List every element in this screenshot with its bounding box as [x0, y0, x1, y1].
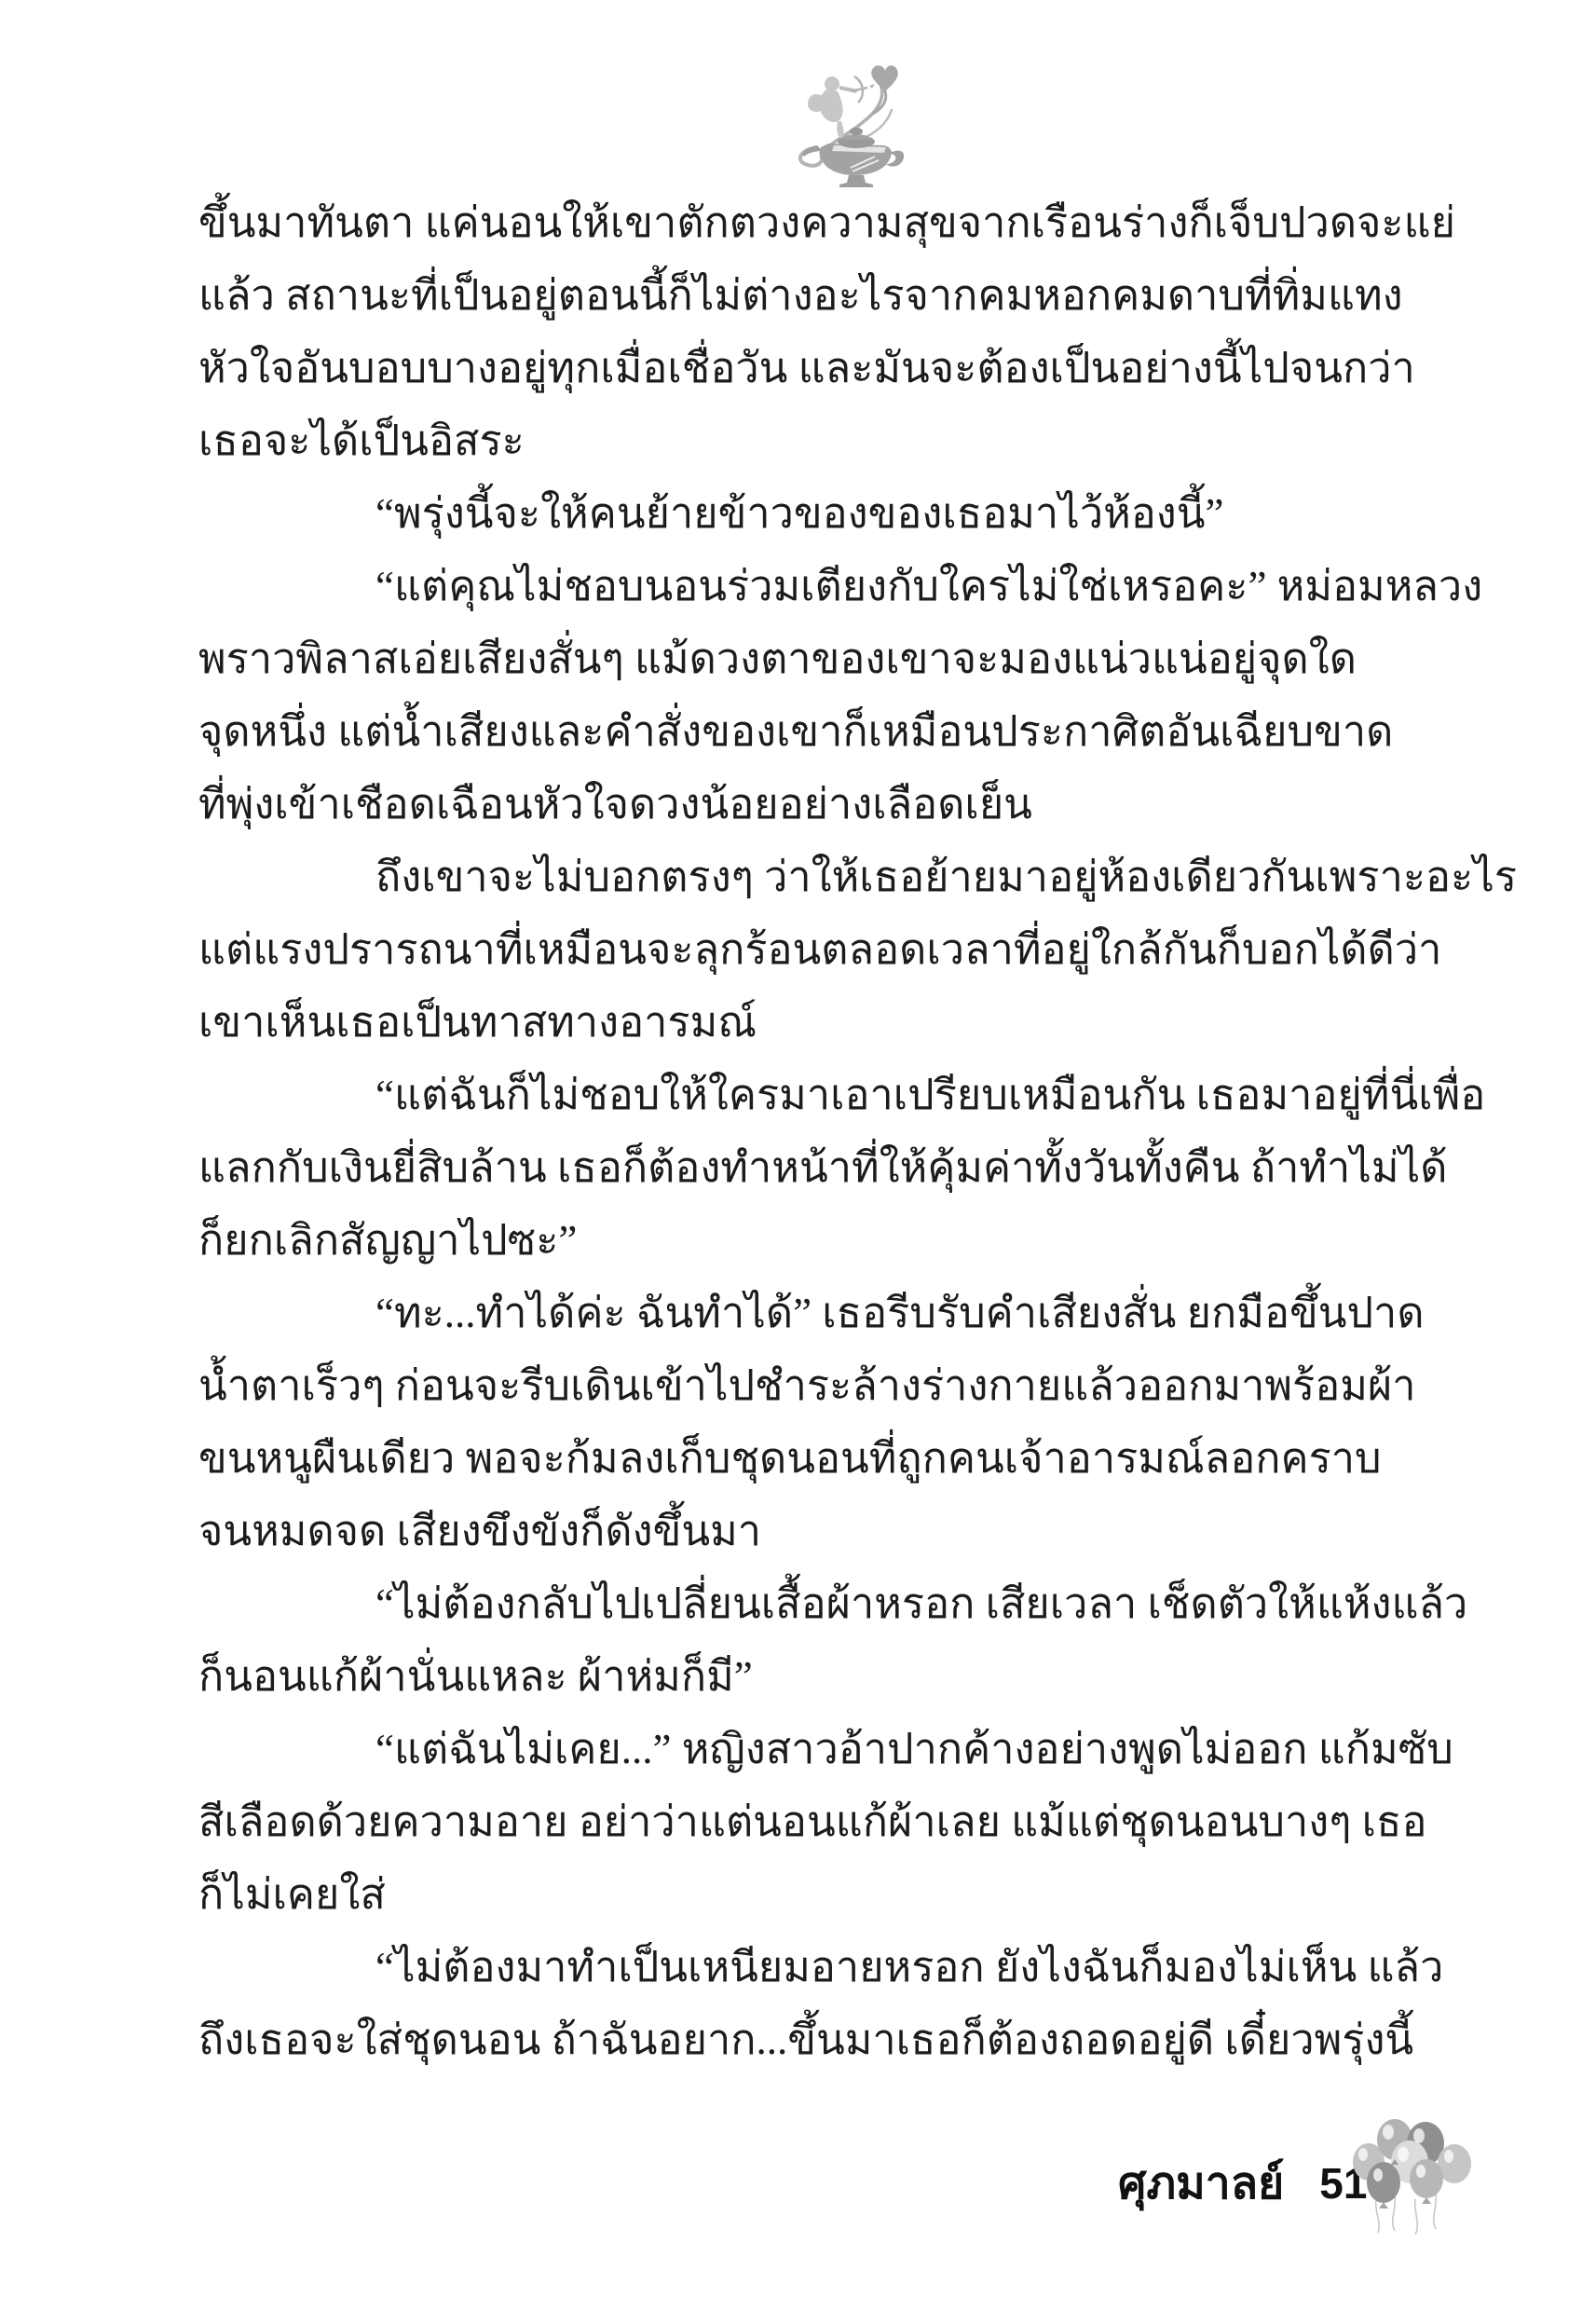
text-line: แต่แรงปรารถนาที่เหมือนจะลุกร้อนตลอดเวลาท…	[198, 913, 1430, 986]
text-line: สีเลือดด้วยความอาย อย่าว่าแต่นอนแก้ผ้าเล…	[198, 1785, 1430, 1858]
text-line: ถึงเขาจะไม่บอกตรงๆ ว่าให้เธอย้ายมาอยู่ห้…	[198, 841, 1430, 913]
book-title: ศุภมาลย์	[1118, 2148, 1284, 2219]
text-line: ถึงเธอจะใส่ชุดนอน ถ้าฉันอยาก...ขึ้นมาเธอ…	[198, 2003, 1430, 2076]
text-line: น้ำตาเร็วๆ ก่อนจะรีบเดินเข้าไปชำระล้างร่…	[198, 1349, 1430, 1422]
text-line: ที่พุ่งเข้าเชือดเฉือนหัวใจดวงน้อยอย่างเล…	[198, 768, 1430, 841]
text-line: “แต่ฉันไม่เคย...” หญิงสาวอ้าปากค้างอย่าง…	[198, 1713, 1430, 1785]
genie-lamp-ornament	[797, 48, 908, 190]
heart-shape	[871, 65, 898, 91]
text-line: ก็ไม่เคยใส่	[198, 1858, 1430, 1931]
text-line: แล้ว สถานะที่เป็นอยู่ตอนนี้ก็ไม่ต่างอะไร…	[198, 259, 1430, 332]
text-line: “แต่ฉันก็ไม่ชอบให้ใครมาเอาเปรียบเหมือนกั…	[198, 1059, 1430, 1131]
balloons-ornament	[1337, 2104, 1475, 2244]
text-line: หัวใจอันบอบบางอยู่ทุกเมื่อเชื่อวัน และมั…	[198, 332, 1430, 404]
text-line: จุดหนึ่ง แต่น้ำเสียงและคำสั่งของเขาก็เหม…	[198, 695, 1430, 768]
text-line: ก็ยกเลิกสัญญาไปซะ”	[198, 1204, 1430, 1277]
text-line: เขาเห็นเธอเป็นทาสทางอารมณ์	[198, 986, 1430, 1059]
text-line: “แต่คุณไม่ชอบนอนร่วมเตียงกับใครไม่ใช่เหร…	[198, 550, 1430, 622]
text-line: แลกกับเงินยี่สิบล้าน เธอก็ต้องทำหน้าที่ใ…	[198, 1131, 1430, 1204]
text-line: พราวพิลาสเอ่ยเสียงสั่นๆ แม้ดวงตาของเขาจะ…	[198, 622, 1430, 695]
text-line: “ทะ...ทำได้ค่ะ ฉันทำได้” เธอรีบรับคำเสีย…	[198, 1277, 1430, 1349]
page-footer: ศุภมาลย์ 51	[1118, 2155, 1367, 2211]
text-line: ขนหนูผืนเดียว พอจะก้มลงเก็บชุดนอนที่ถูกค…	[198, 1422, 1430, 1495]
text-line: ก็นอนแก้ผ้านั่นแหละ ผ้าห่มก็มี”	[198, 1640, 1430, 1713]
text-line: “ไม่ต้องกลับไปเปลี่ยนเสื้อผ้าหรอก เสียเว…	[198, 1567, 1430, 1640]
text-line: “พรุ่งนี้จะให้คนย้ายข้าวของของเธอมาไว้ห้…	[198, 477, 1430, 550]
body-text: ขึ้นมาทันตา แค่นอนให้เขาตักตวงความสุขจาก…	[198, 186, 1430, 2076]
text-line: “ไม่ต้องมาทำเป็นเหนียมอายหรอก ยังไงฉันก็…	[198, 1931, 1430, 2003]
text-line: ขึ้นมาทันตา แค่นอนให้เขาตักตวงความสุขจาก…	[198, 186, 1430, 259]
lamp-body	[803, 128, 904, 187]
text-line: จนหมดจด เสียงขึงขังก็ดังขึ้นมา	[198, 1495, 1430, 1567]
text-line: เธอจะได้เป็นอิสระ	[198, 404, 1430, 477]
book-page: ขึ้นมาทันตา แค่นอนให้เขาตักตวงความสุขจาก…	[0, 0, 1596, 2311]
